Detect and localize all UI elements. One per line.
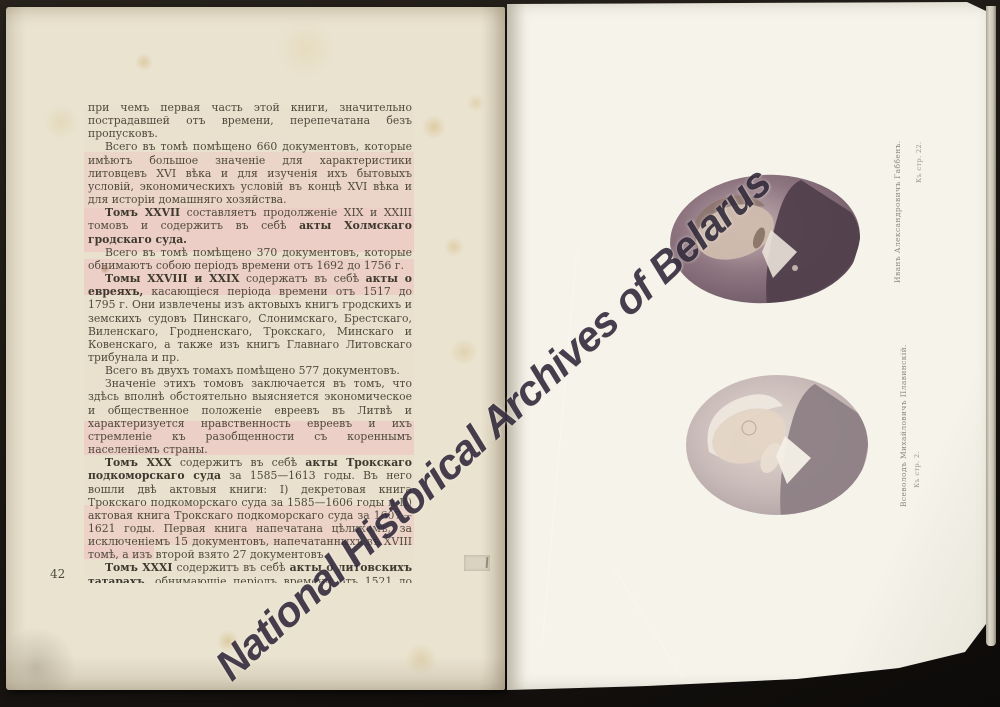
portrait-1-page-ref: Къ стр. 22. [915, 142, 923, 184]
pencil-smudge [464, 555, 490, 571]
portrait-photo-2 [683, 372, 871, 518]
paragraph: при чемъ первая часть этой книги, значит… [88, 101, 412, 140]
paragraph: Томъ XXVII составляетъ продолженіе XIX и… [88, 206, 412, 245]
book-fore-edge [986, 6, 996, 646]
portrait-2-page-ref: Къ стр. 2. [913, 451, 921, 488]
portrait-1-caption: Иванъ Александровичъ Габбенъ. [893, 140, 902, 283]
book-scan: при чемъ первая часть этой книги, значит… [0, 0, 1000, 707]
paragraph: Всего въ томѣ помѣщено 370 документовъ, … [88, 246, 412, 272]
paragraph: Значеніе этихъ томовъ заключается въ том… [88, 377, 412, 456]
page-number: 42 [50, 567, 65, 581]
paragraph: Томы XXVIII и XXIX содержатъ въ себѣ акт… [88, 272, 412, 364]
portrait-2-caption: Всеволодъ Михайловичъ Плавинскій. [899, 344, 908, 507]
paragraph: Всего въ двухъ томахъ помѣщено 577 докум… [88, 364, 412, 377]
paper-crease [613, 567, 683, 678]
left-page: при чемъ первая часть этой книги, значит… [6, 7, 505, 690]
paper-crease [542, 253, 577, 642]
paragraph: Всего въ томѣ помѣщено 660 документовъ, … [88, 140, 412, 206]
